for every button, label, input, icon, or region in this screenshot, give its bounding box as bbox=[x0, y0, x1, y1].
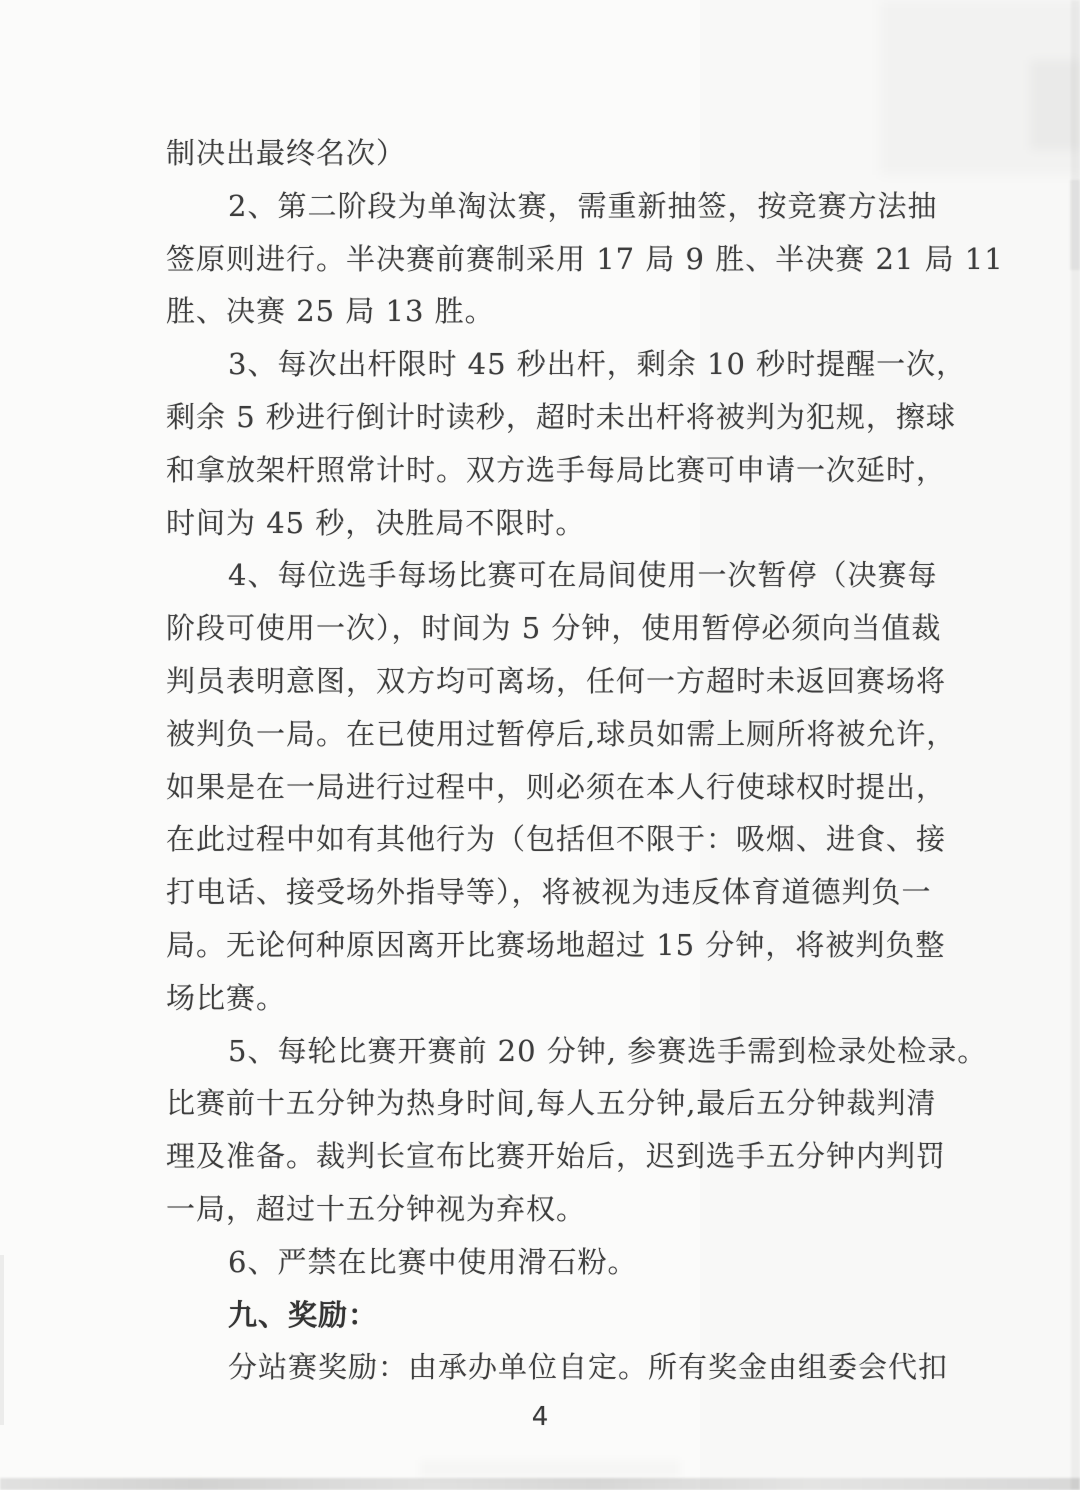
text-line: 比赛前十五分钟为热身时间,每人五分钟,最后五分钟裁判清 bbox=[166, 1077, 956, 1130]
text-line: 5、每轮比赛开赛前 20 分钟, 参赛选手需到检录处检录。 bbox=[166, 1025, 956, 1078]
text-line: 阶段可使用一次），时间为 5 分钟，使用暂停必须向当值裁 bbox=[166, 602, 956, 655]
text-line: 6、严禁在比赛中使用滑石粉。 bbox=[166, 1236, 956, 1289]
text-line: 理及准备。裁判长宣布比赛开始后，迟到选手五分钟内判罚 bbox=[166, 1130, 956, 1183]
scan-artifact bbox=[420, 1460, 680, 1478]
scan-artifact bbox=[0, 1478, 1080, 1490]
text-line: 2、第二阶段为单淘汰赛，需重新抽签，按竞赛方法抽 bbox=[166, 180, 956, 233]
scan-artifact bbox=[1071, 0, 1080, 1490]
text-line: 一局，超过十五分钟视为弃权。 bbox=[166, 1183, 956, 1236]
text-line: 如果是在一局进行过程中，则必须在本人行使球权时提出， bbox=[166, 761, 956, 814]
scan-artifact bbox=[1030, 60, 1080, 150]
text-line: 场比赛。 bbox=[166, 972, 956, 1025]
text-line: 制决出最终名次） bbox=[166, 127, 956, 180]
text-line: 判员表明意图，双方均可离场，任何一方超时未返回赛场将 bbox=[166, 655, 956, 708]
text-line: 被判负一局。在已使用过暂停后,球员如需上厕所将被允许， bbox=[166, 708, 956, 761]
text-line: 分站赛奖励：由承办单位自定。所有奖金由组委会代扣 bbox=[166, 1341, 956, 1394]
text-line: 局。无论何种原因离开比赛场地超过 15 分钟，将被判负整 bbox=[166, 919, 956, 972]
text-line: 胜、决赛 25 局 13 胜。 bbox=[166, 285, 956, 338]
text-line: 时间为 45 秒，决胜局不限时。 bbox=[166, 497, 956, 550]
text-line: 打电话、接受场外指导等），将被视为违反体育道德判负一 bbox=[166, 866, 956, 919]
scan-artifact bbox=[1070, 180, 1080, 270]
text-column: 制决出最终名次） 2、第二阶段为单淘汰赛，需重新抽签，按竞赛方法抽 签原则进行。… bbox=[166, 127, 956, 1394]
text-line: 3、每次出杆限时 45 秒出杆，剩余 10 秒时提醒一次， bbox=[166, 338, 956, 391]
text-line: 4、每位选手每场比赛可在局间使用一次暂停（决赛每 bbox=[166, 549, 956, 602]
page-number: 4 bbox=[0, 1402, 1080, 1432]
text-line: 在此过程中如有其他行为（包括但不限于：吸烟、进食、接 bbox=[166, 813, 956, 866]
scan-artifact bbox=[0, 1255, 4, 1425]
text-line: 和拿放架杆照常计时。双方选手每局比赛可申请一次延时， bbox=[166, 444, 956, 497]
text-line: 剩余 5 秒进行倒计时读秒，超时未出杆将被判为犯规，擦球 bbox=[166, 391, 956, 444]
section-heading: 九、奖励： bbox=[166, 1289, 956, 1342]
text-line: 签原则进行。半决赛前赛制采用 17 局 9 胜、半决赛 21 局 11 bbox=[166, 233, 956, 286]
document-page: 制决出最终名次） 2、第二阶段为单淘汰赛，需重新抽签，按竞赛方法抽 签原则进行。… bbox=[0, 0, 1080, 1490]
